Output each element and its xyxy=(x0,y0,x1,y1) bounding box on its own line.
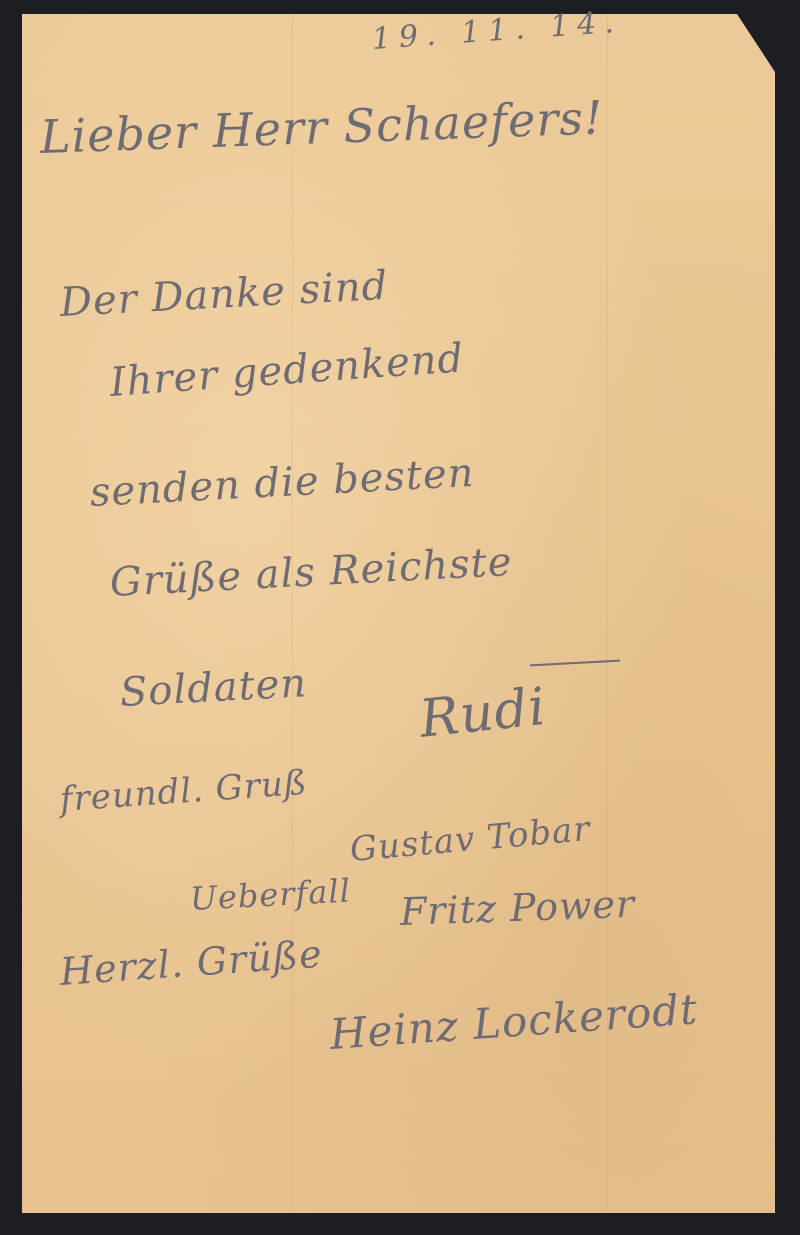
scan-background: 19. 11. 14. Lieber Herr Schaefers! Der D… xyxy=(0,0,800,1235)
body-line: Soldaten xyxy=(119,660,308,716)
signature: Fritz Power xyxy=(399,882,636,934)
paper-fold-line xyxy=(292,14,293,1213)
